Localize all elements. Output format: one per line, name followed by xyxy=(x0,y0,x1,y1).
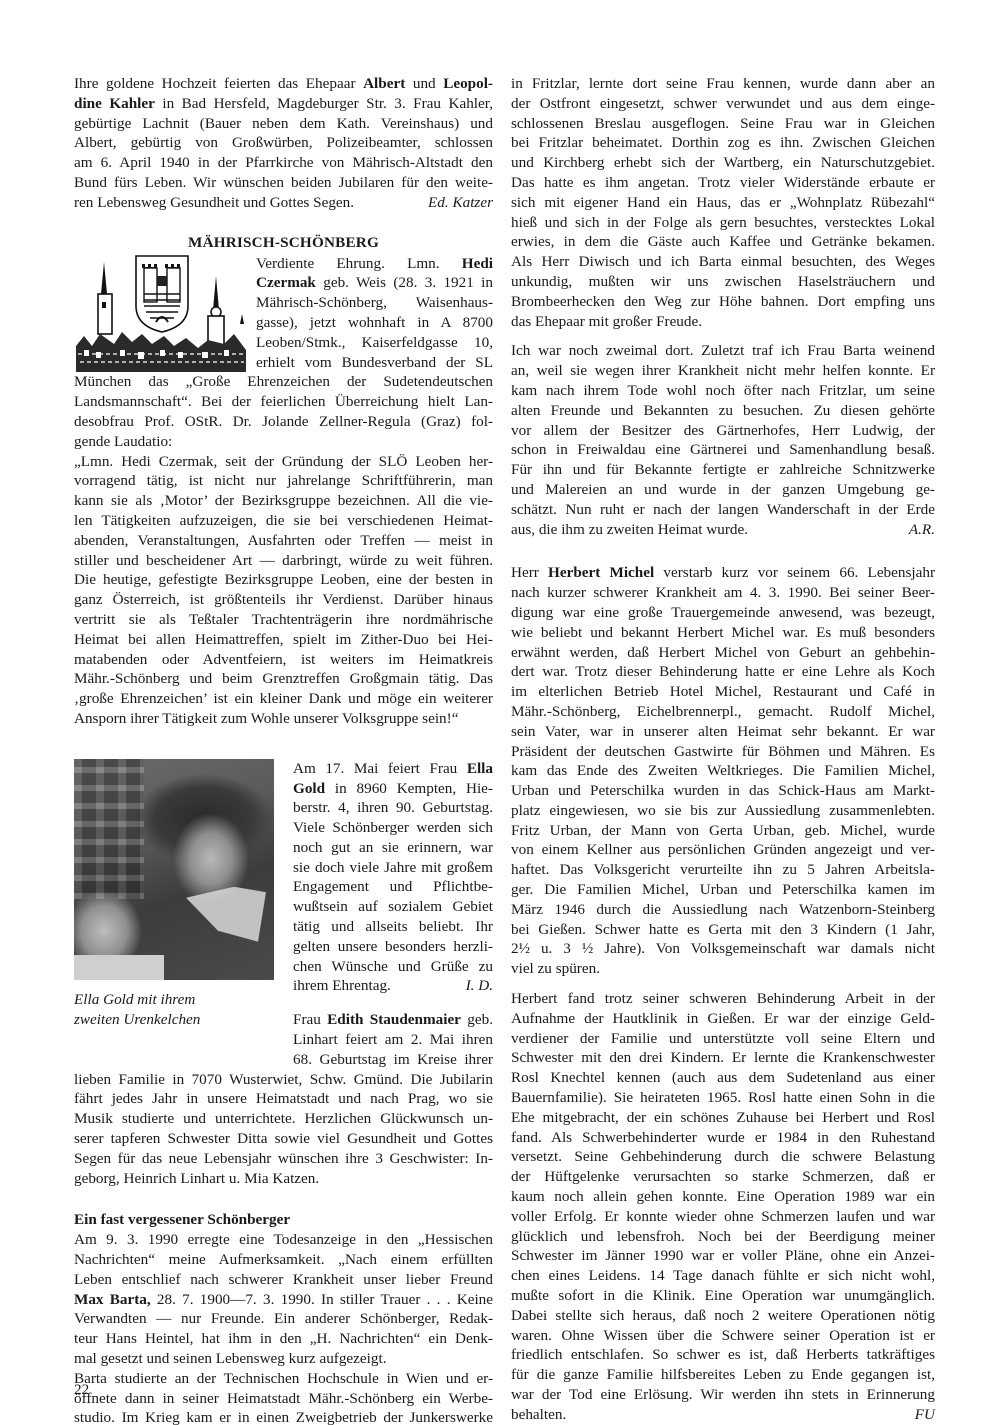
text-line: haftet. Das Volksgericht verurteilte ihn… xyxy=(511,860,935,880)
text-line: abenden, Veranstaltungen, Ausfahrten ode… xyxy=(74,531,493,551)
text-line: lieben Familie in 7070 Wusterwiet, Schw.… xyxy=(74,1070,493,1090)
text-line: noch gut an sie erinnern, war xyxy=(293,838,493,858)
text-line: Linhart feiert am 2. Mai ihren xyxy=(293,1030,493,1050)
text-line: fand. Als Schwerbehinderter wurde er 198… xyxy=(511,1128,935,1148)
text-line: öffnete dann in seiner Heimatstadt Mähr.… xyxy=(74,1389,493,1409)
text-line: Am 9. 3. 1990 erregte eine Todesanzeige … xyxy=(74,1230,493,1250)
right-column: in Fritzlar, lernte dort seine Frau kenn… xyxy=(511,74,935,1425)
photo-caption: Ella Gold mit ihrem zweiten Urenkelchen xyxy=(74,990,274,1030)
text-line: gasse), jetzt wohnhaft in A 8700 xyxy=(256,313,493,333)
text-line: serer tapferen Schwester Ditta sowie vie… xyxy=(74,1129,493,1149)
text-line: bei Fritzlar beheimatet. Dorthin zog es … xyxy=(511,133,935,153)
article-barta: Ein fast vergessener Schönberger Am 9. 3… xyxy=(74,1210,493,1425)
text-line: dine Kahler in Bad Hersfeld, Magdeburger… xyxy=(74,94,493,114)
page-number: 22 xyxy=(74,1381,89,1399)
text-line: nach kurzer schwerer Krankheit am 4. 3. … xyxy=(511,583,935,603)
text-line: Verwandten — nur Freunde. Ein anderer Sc… xyxy=(74,1309,493,1329)
staudenmaier-last-line: geborg, Heinrich Linhart u. Mia Katzen. xyxy=(74,1169,493,1189)
text-line: der Ostfront eingesetzt, schwer verwunde… xyxy=(511,94,935,114)
text-line: Urban und Peterschilka wurden in das Sch… xyxy=(511,781,935,801)
text-line: stiller und bescheidener Art — darbringt… xyxy=(74,551,493,571)
article-kahler-golden-wedding: Ihre goldene Hochzeit feierten das Ehepa… xyxy=(74,74,493,213)
czermak-beside-emblem: Verdiente Ehrung. Lmn. HediCzermak geb. … xyxy=(256,254,493,373)
text-line: Max Barta, 28. 7. 1900—7. 3. 1990. In st… xyxy=(74,1290,493,1310)
czermak-full-lines: München das „Große Ehrenzeichen der Sude… xyxy=(74,372,493,431)
text-line: Ich war noch zweimal dort. Zuletzt traf … xyxy=(511,341,935,361)
text-line: Fritz Urban, der Mann von Gerta Urban, g… xyxy=(511,821,935,841)
text-line: Rosl Knechtel kennen (auch aus dem Sudet… xyxy=(511,1068,935,1088)
text-line: fährt jedes Jahr in unsere Heimatstadt u… xyxy=(74,1089,493,1109)
gold-lines: Am 17. Mai feiert Frau EllaGold in 8960 … xyxy=(293,759,493,977)
gold-last-line: ihrem Ehrentag. I. D. xyxy=(293,976,493,996)
text-line: Dabei stellte sich heraus, daß noch 2 we… xyxy=(511,1306,935,1326)
michel-para2-last: behalten. FU xyxy=(511,1405,935,1425)
text-line: Präsident der deutschen Gastwirte für Bö… xyxy=(511,742,935,762)
photo-ella-gold xyxy=(74,759,274,980)
text-line: glücklich und lebensfroh. Noch bei der B… xyxy=(511,1227,935,1247)
text-line: kaum noch allein gehen konnte. Eine Oper… xyxy=(511,1187,935,1207)
text-line: Schwester mit den drei Kindern. Er lernt… xyxy=(511,1048,935,1068)
czermak-laudatio-last: Ansporn ihrer Tätigkeit zum Wohle unsere… xyxy=(74,709,493,729)
text-line: vor allem der Besitzer des Gärtnerhofes,… xyxy=(511,421,935,441)
author-signature: A.R. xyxy=(909,520,935,540)
left-column: Ihre goldene Hochzeit feierten das Ehepa… xyxy=(74,74,493,1425)
text-line: für die ganze Familie hilfsbereites Lebe… xyxy=(511,1365,935,1385)
text-line: Barta studierte an der Technischen Hochs… xyxy=(74,1369,493,1389)
barta-lines: Am 9. 3. 1990 erregte eine Todesanzeige … xyxy=(74,1230,493,1349)
text-line: Musik studierte und unterrichtete. Herzl… xyxy=(74,1109,493,1129)
text-line: vorragend tätig, ist nicht nur jahrelang… xyxy=(74,471,493,491)
text-line: Schwester im Jänner 1990 war er voller P… xyxy=(511,1246,935,1266)
text-line: Herbert fand trotz seiner schweren Behin… xyxy=(511,989,935,1009)
barta-para1-last: mal gesetzt und seinen Lebensweg kurz au… xyxy=(74,1349,493,1369)
text-line: mußte sofort in die Klinik. Eine Operati… xyxy=(511,1286,935,1306)
text-line: ger. Die Familien Michel, Urban und Pete… xyxy=(511,880,935,900)
text-line: Als Herr Diwisch und ich Barta einmal be… xyxy=(511,252,935,272)
text-line: Albert, gebürtig von Großwürben, Polizei… xyxy=(74,133,493,153)
text-line: an, weil sie wegen ihrer Krankheit nicht… xyxy=(511,361,935,381)
text-line: kam das Ende des Zweiten Weltkrieges. Di… xyxy=(511,761,935,781)
text-line: platz eingewiesen, wo sie bis zur Aussie… xyxy=(511,801,935,821)
author-signature: Ed. Katzer xyxy=(428,193,493,213)
text-line: Leben entschlief nach schwerer Krankheit… xyxy=(74,1270,493,1290)
text-line: teur Hans Heintel, hat ihm in den „H. Na… xyxy=(74,1329,493,1349)
town-emblem-illustration xyxy=(74,254,250,372)
text-line: Segen für das neue Lebensjahr wünschen i… xyxy=(74,1149,493,1169)
text-line: Mährisch-Schönberg, Waisenhaus- xyxy=(256,293,493,313)
text-line: Czermak geb. Weis (28. 3. 1921 in xyxy=(256,273,493,293)
text-line: von einem Kellner aus persönlichen Gründ… xyxy=(511,840,935,860)
text-line: in Fritzlar, lernte dort seine Frau kenn… xyxy=(511,74,935,94)
michel-para1-lines: nach kurzer schwerer Krankheit am 4. 3. … xyxy=(511,583,935,959)
kahler-lines: Ihre goldene Hochzeit feierten das Ehepa… xyxy=(74,74,493,193)
text-line: Viele Schönberger werden sich xyxy=(293,818,493,838)
text-line: sie doch viele Jahre mit großem xyxy=(293,858,493,878)
text-line: chen Wünsche und Grüße zu xyxy=(293,957,493,977)
text-line: Die heutige, gefestigte Bezirksgruppe Le… xyxy=(74,570,493,590)
barta-cont-para2-last-text: aus, die ihm zu zweiten Heimat wurde. xyxy=(511,520,748,540)
text-line: kann sie als ‚Motor’ der Bezirksgruppe b… xyxy=(74,491,493,511)
text-line: chen eines Leidens. 14 Tage danach fühlt… xyxy=(511,1266,935,1286)
article-barta-continued: in Fritzlar, lernte dort seine Frau kenn… xyxy=(511,74,935,539)
text-line: München das „Große Ehrenzeichen der Sude… xyxy=(74,372,493,392)
text-line: 2½ u. 3 ½ Jahre). Von Volksgemeinschaft … xyxy=(511,939,935,959)
text-line: im elterlichen Betrieb Hotel Michel, Res… xyxy=(511,682,935,702)
text-line: Für ihn und für Bekannte fertigte er zah… xyxy=(511,460,935,480)
text-line: erhielt vom Bundesverband der SL xyxy=(256,353,493,373)
caption-line-1: Ella Gold mit ihrem xyxy=(74,990,274,1010)
text-line: schätzt. Nun ruht er nach der langen Wan… xyxy=(511,500,935,520)
text-line: Landsmannschaft“. Bei der feierlichen Üb… xyxy=(74,392,493,412)
text-line: sich mit eigener Hand ein Haus, das er „… xyxy=(511,193,935,213)
barta-cont-para2: Ich war noch zweimal dort. Zuletzt traf … xyxy=(511,341,935,519)
text-line: alten Freunde und Bekannten zu besuchen.… xyxy=(511,401,935,421)
text-line: unkundig, mußten wir uns zwischen Hasels… xyxy=(511,272,935,292)
text-line: bei Gießen. Schwer hatte es Gerta mit de… xyxy=(511,920,935,940)
czermak-laudatio: „Lmn. Hedi Czermak, seit der Gründung de… xyxy=(74,452,493,709)
barta-cont-para2-last: aus, die ihm zu zweiten Heimat wurde. A.… xyxy=(511,520,935,540)
text-line: schon in Freiwaldau eine Gärtnerei und S… xyxy=(511,440,935,460)
text-line: „Lmn. Hedi Czermak, seit der Gründung de… xyxy=(74,452,493,472)
kahler-last-text: ren Lebensweg Gesundheit und Gottes Sege… xyxy=(74,193,354,213)
text-line: wußtsein auf sozialem Gebiet xyxy=(293,897,493,917)
section-heading: MÄHRISCH-SCHÖNBERG xyxy=(74,232,493,254)
text-line: friedlich entschlafen. So schwer es ist,… xyxy=(511,1345,935,1365)
barta-cont-last: das Ehepaar mit großer Freude. xyxy=(511,312,935,332)
text-line: digung war eine große Trauergemeinde anw… xyxy=(511,603,935,623)
staudenmaier-full-lines: lieben Familie in 7070 Wusterwiet, Schw.… xyxy=(74,1070,493,1169)
text-line: kam nach ihrem Tode wohl noch öfter nach… xyxy=(511,381,935,401)
text-line: Engagement und Pflichtbe- xyxy=(293,877,493,897)
text-line: len Tätigkeiten aufzuzeigen, die sie bei… xyxy=(74,511,493,531)
text-line: und Malereien an und wurde in der ganzen… xyxy=(511,480,935,500)
text-line: voller Erfolg. Er konnte wieder ohne Sch… xyxy=(511,1207,935,1227)
text-line: ganz Österreich, ist größtenteils ihr Ve… xyxy=(74,590,493,610)
text-line: Mähr.-Schönberg und beim Grenztreffen Gr… xyxy=(74,669,493,689)
text-line: desobfrau Prof. OStR. Dr. Jolande Zellne… xyxy=(74,412,493,432)
text-line: Brombeerhecken den Weg zur Höhe bahnen. … xyxy=(511,292,935,312)
text-line: erwies, in dem die Gäste auch Kaffee und… xyxy=(511,232,935,252)
czermak-intro-last: gende Laudatio: xyxy=(74,432,493,452)
gold-last-text: ihrem Ehrentag. xyxy=(293,976,391,996)
text-line: berstr. 4, ihren 90. Geburtstag. xyxy=(293,798,493,818)
text-line: Bund fürs Leben. Wir wünschen beiden Jub… xyxy=(74,173,493,193)
text-line: und Kirchberg erhebt sich der Wartberg, … xyxy=(511,153,935,173)
text-line: vertritt sie als Teßtaler Trachtenträger… xyxy=(74,610,493,630)
text-line: sein Vater, war in unserer alten Heimat … xyxy=(511,722,935,742)
article-michel: Herr Herbert Michel verstarb kurz vor se… xyxy=(511,563,935,1424)
text-line: gebürtige Lachnit (Bauer neben dem Kath.… xyxy=(74,114,493,134)
text-line: gelten unsere besonders herzli- xyxy=(293,937,493,957)
text-line: schlossenen Breslau ausgeflogen. Seine F… xyxy=(511,114,935,134)
text-line: tätig und allseits beliebt. Ihr xyxy=(293,917,493,937)
barta-cont-lines: in Fritzlar, lernte dort seine Frau kenn… xyxy=(511,74,935,312)
text-line: Nachrichten“ meine Aufmerksamkeit. „Nach… xyxy=(74,1250,493,1270)
author-signature: FU xyxy=(915,1405,935,1425)
michel-para1-last: viel zu spüren. xyxy=(511,959,935,979)
text-line: hieß und sich in der Folge als gern besu… xyxy=(511,213,935,233)
text-line: Mähr.-Schönberg, Eichelbrennerpl., gemac… xyxy=(511,702,935,722)
author-signature: I. D. xyxy=(466,976,493,996)
text-line: Aufnahme der Hautklinik in Gießen. Er wa… xyxy=(511,1009,935,1029)
text-line: Frau Edith Staudenmaier geb. xyxy=(293,1010,493,1030)
text-line: ‚große Ehrenzeichen’ ist ein kleiner Dan… xyxy=(74,689,493,709)
michel-para2-last-text: behalten. xyxy=(511,1405,566,1425)
caption-line-2: zweiten Urenkelchen xyxy=(74,1010,274,1030)
text-line: versetzt. Seine Gehbehinderung durch die… xyxy=(511,1147,935,1167)
kahler-last-line: ren Lebensweg Gesundheit und Gottes Sege… xyxy=(74,193,493,213)
text-line: erwähnt werden, daß Herbert Michel von G… xyxy=(511,643,935,663)
text-line: am 6. April 1940 in der Pfarrkirche von … xyxy=(74,153,493,173)
text-line: März 1946 durch die Aussiedlung nach Wat… xyxy=(511,900,935,920)
article-heading: Ein fast vergessener Schönberger xyxy=(74,1210,493,1230)
text-line: Ehe mitgebracht, der ein schönes Zuhause… xyxy=(511,1108,935,1128)
michel-first-line: Herr Herbert Michel verstarb kurz vor se… xyxy=(511,563,935,583)
text-line: matabenden oder Adventfeiern, ist weiter… xyxy=(74,650,493,670)
text-line: Das hatte es ihm angetan. Trotz vieler W… xyxy=(511,173,935,193)
text-line: dert war. Trotz dieser Behinderung hatte… xyxy=(511,662,935,682)
text-line: Ihre goldene Hochzeit feierten das Ehepa… xyxy=(74,74,493,94)
barta-para2-lines: Barta studierte an der Technischen Hochs… xyxy=(74,1369,493,1425)
text-line: 68. Geburtstag im Kreise ihrer xyxy=(293,1050,493,1070)
text-line: Verdiente Ehrung. Lmn. Hedi xyxy=(256,254,493,274)
text-line: Am 17. Mai feiert Frau Ella xyxy=(293,759,493,779)
text-line: war der Tod eine Erlösung. Wir werden ih… xyxy=(511,1385,935,1405)
text-line: verdiener der Familie und unterstützte v… xyxy=(511,1029,935,1049)
text-line: wie beliebt und bekannt Herbert Michel w… xyxy=(511,623,935,643)
text-line: der Hüftgelenke verursachten so starke S… xyxy=(511,1167,935,1187)
text-line: waren. Ohne Wissen über die Schwere sein… xyxy=(511,1326,935,1346)
michel-para2-lines: Herbert fand trotz seiner schweren Behin… xyxy=(511,989,935,1405)
article-gold-and-staudenmaier: Ella Gold mit ihrem zweiten Urenkelchen … xyxy=(74,759,493,1189)
text-line: Bauernfamilie). Sie heirateten 1965. Ros… xyxy=(511,1088,935,1108)
text-line: Heimat bei allen Heimattreffen, spielt i… xyxy=(74,630,493,650)
text-line: Gold in 8960 Kempten, Hie- xyxy=(293,779,493,799)
staudenmaier-beside-photo: Frau Edith Staudenmaier geb.Linhart feie… xyxy=(293,1010,493,1069)
gold-text: Am 17. Mai feiert Frau EllaGold in 8960 … xyxy=(293,759,493,1070)
text-line: studio. Im Krieg kam er in einen Zweigbe… xyxy=(74,1408,493,1425)
article-czermak: Verdiente Ehrung. Lmn. HediCzermak geb. … xyxy=(74,254,493,729)
text-line: Leoben/Stmk., Kaiserfeldgasse 10, xyxy=(256,333,493,353)
